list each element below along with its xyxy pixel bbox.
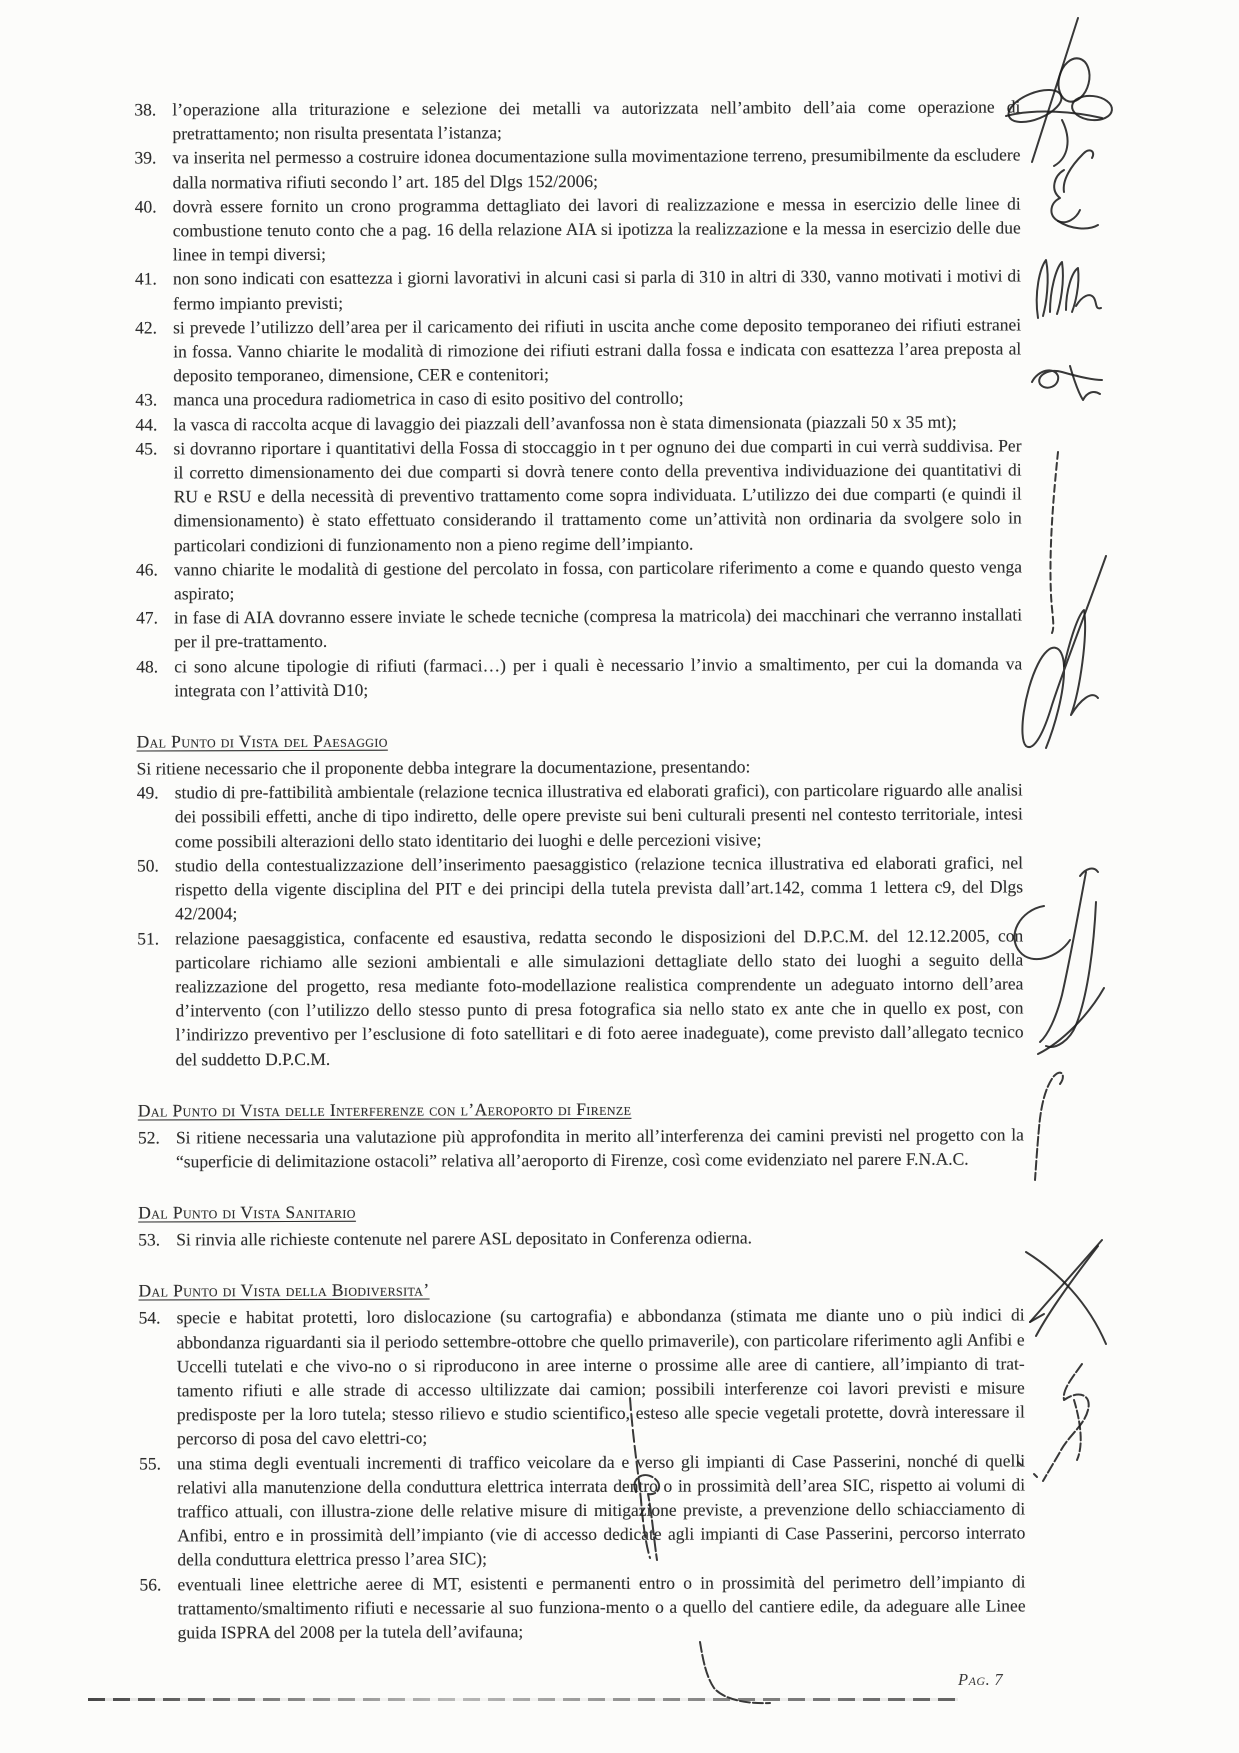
item-number: 38.	[134, 97, 172, 146]
list-item: 56. eventuali linee elettriche aeree di …	[139, 1569, 1025, 1645]
item-number: 39.	[134, 146, 172, 195]
item-number: 56.	[139, 1572, 177, 1645]
item-number: 45.	[135, 436, 173, 557]
list-item: 50. studio della contestualizzazione del…	[137, 850, 1023, 926]
item-number: 54.	[139, 1306, 178, 1451]
handwritten-mark-signature-1	[1051, 150, 1098, 228]
intro-paragraph: Si ritiene necessario che il proponente …	[137, 754, 1023, 781]
list-item: 38. l’operazione alla triturazione e sel…	[134, 94, 1020, 145]
item-number: 44.	[135, 412, 173, 436]
item-number: 53.	[138, 1228, 176, 1252]
list-item: 39. va inserita nel permesso a costruire…	[134, 143, 1020, 194]
item-text: Si ritiene necessaria una valutazione pi…	[176, 1122, 1024, 1173]
section-heading: Dal Punto di Vista del Paesaggio	[137, 727, 1023, 754]
item-text: relazione paesaggistica, confacente ed e…	[175, 923, 1024, 1071]
item-text: Si rinvia alle richieste contenute nel p…	[176, 1225, 1024, 1252]
list-item: 46. vanno chiarite le modalità di gestio…	[136, 554, 1022, 605]
handwritten-mark-flower-scribble	[1004, 18, 1113, 166]
item-number: 46.	[136, 557, 174, 606]
list-item: 49. studio di pre-fattibilità ambientale…	[137, 778, 1023, 854]
list-item: 47. in fase di AIA dovranno essere invia…	[136, 603, 1022, 654]
item-text: l’operazione alla triturazione e selezio…	[172, 94, 1020, 145]
item-number: 42.	[135, 315, 173, 388]
page-number: Pag. 7	[958, 1670, 1003, 1690]
list-item: 42. si prevede l’utilizzo dell’area per …	[135, 312, 1021, 388]
handwritten-mark-signature-2	[1022, 556, 1106, 748]
item-number: 50.	[137, 853, 175, 926]
item-number: 41.	[135, 267, 173, 316]
list-item: 55. una stima degli eventuali incrementi…	[139, 1448, 1025, 1572]
item-text: manca una procedura radiometrica in caso…	[173, 385, 1021, 412]
section-heading: Dal Punto di Vista Sanitario	[138, 1198, 1024, 1225]
list-item: 44. la vasca di raccolta acque di lavagg…	[135, 409, 1021, 436]
list-item: 52. Si ritiene necessaria una valutazion…	[138, 1122, 1024, 1173]
item-text: dovrà essere fornito un crono programma …	[173, 191, 1021, 267]
item-number: 47.	[136, 606, 174, 655]
list-item: 41. non sono indicati con esattezza i gi…	[135, 264, 1021, 315]
document-body: 38. l’operazione alla triturazione e sel…	[134, 94, 1025, 1644]
item-number: 55.	[139, 1451, 177, 1572]
item-number: 52.	[138, 1125, 176, 1174]
item-number: 49.	[137, 781, 175, 854]
handwritten-mark-scribble-initials	[1037, 260, 1101, 318]
item-text: si prevede l’utilizzo dell’area per il c…	[173, 312, 1021, 388]
item-text: va inserita nel permesso a costruire ido…	[172, 143, 1020, 194]
list-item: 51. relazione paesaggistica, confacente …	[137, 923, 1024, 1071]
item-text: non sono indicati con esattezza i giorni…	[173, 264, 1021, 315]
list-item: 53. Si rinvia alle richieste contenute n…	[138, 1225, 1024, 1252]
item-number: 40.	[135, 194, 173, 267]
footer-rule	[88, 1698, 958, 1701]
item-text: si dovranno riportare i quantitativi del…	[173, 433, 1021, 557]
handwritten-mark-hook	[1035, 1073, 1063, 1180]
item-text: studio della contestualizzazione dell’in…	[175, 850, 1023, 926]
page-number-value: 7	[994, 1670, 1002, 1689]
list-item: 48. ci sono alcune tipologie di rifiuti …	[136, 651, 1022, 702]
handwritten-mark-signature-3	[1014, 869, 1104, 1054]
list-item: 54. specie e habitat protetti, loro disl…	[139, 1303, 1026, 1451]
item-text: specie e habitat protetti, loro dislocaz…	[177, 1303, 1026, 1451]
document-page: 38. l’operazione alla triturazione e sel…	[0, 0, 1239, 1753]
handwritten-mark-scribble-2	[1018, 1364, 1089, 1481]
section-heading: Dal Punto di Vista delle Interferenze co…	[138, 1095, 1024, 1122]
handwritten-mark-cross-out	[1026, 1240, 1106, 1344]
item-text: una stima degli eventuali incrementi di …	[177, 1448, 1025, 1572]
item-text: ci sono alcune tipologie di rifiuti (far…	[174, 651, 1022, 702]
list-item: 43. manca una procedura radiometrica in …	[135, 385, 1021, 412]
item-text: eventuali linee elettriche aeree di MT, …	[177, 1569, 1025, 1645]
item-text: vanno chiarite le modalità di gestione d…	[174, 554, 1022, 605]
item-text: la vasca di raccolta acque di lavaggio d…	[173, 409, 1021, 436]
list-item: 40. dovrà essere fornito un crono progra…	[135, 191, 1021, 267]
list-item: 45. si dovranno riportare i quantitativi…	[135, 433, 1021, 557]
section-heading: Dal Punto di Vista della Biodiversita’	[138, 1276, 1024, 1303]
item-number: 43.	[135, 388, 173, 412]
item-number: 51.	[137, 926, 176, 1071]
page-number-label: Pag.	[958, 1670, 990, 1689]
handwritten-mark-margin-line-1	[1050, 452, 1058, 633]
handwritten-mark-alpha-check	[1032, 366, 1102, 400]
item-text: studio di pre-fattibilità ambientale (re…	[175, 778, 1023, 854]
item-text: in fase di AIA dovranno essere inviate l…	[174, 603, 1022, 654]
item-number: 48.	[136, 654, 174, 703]
